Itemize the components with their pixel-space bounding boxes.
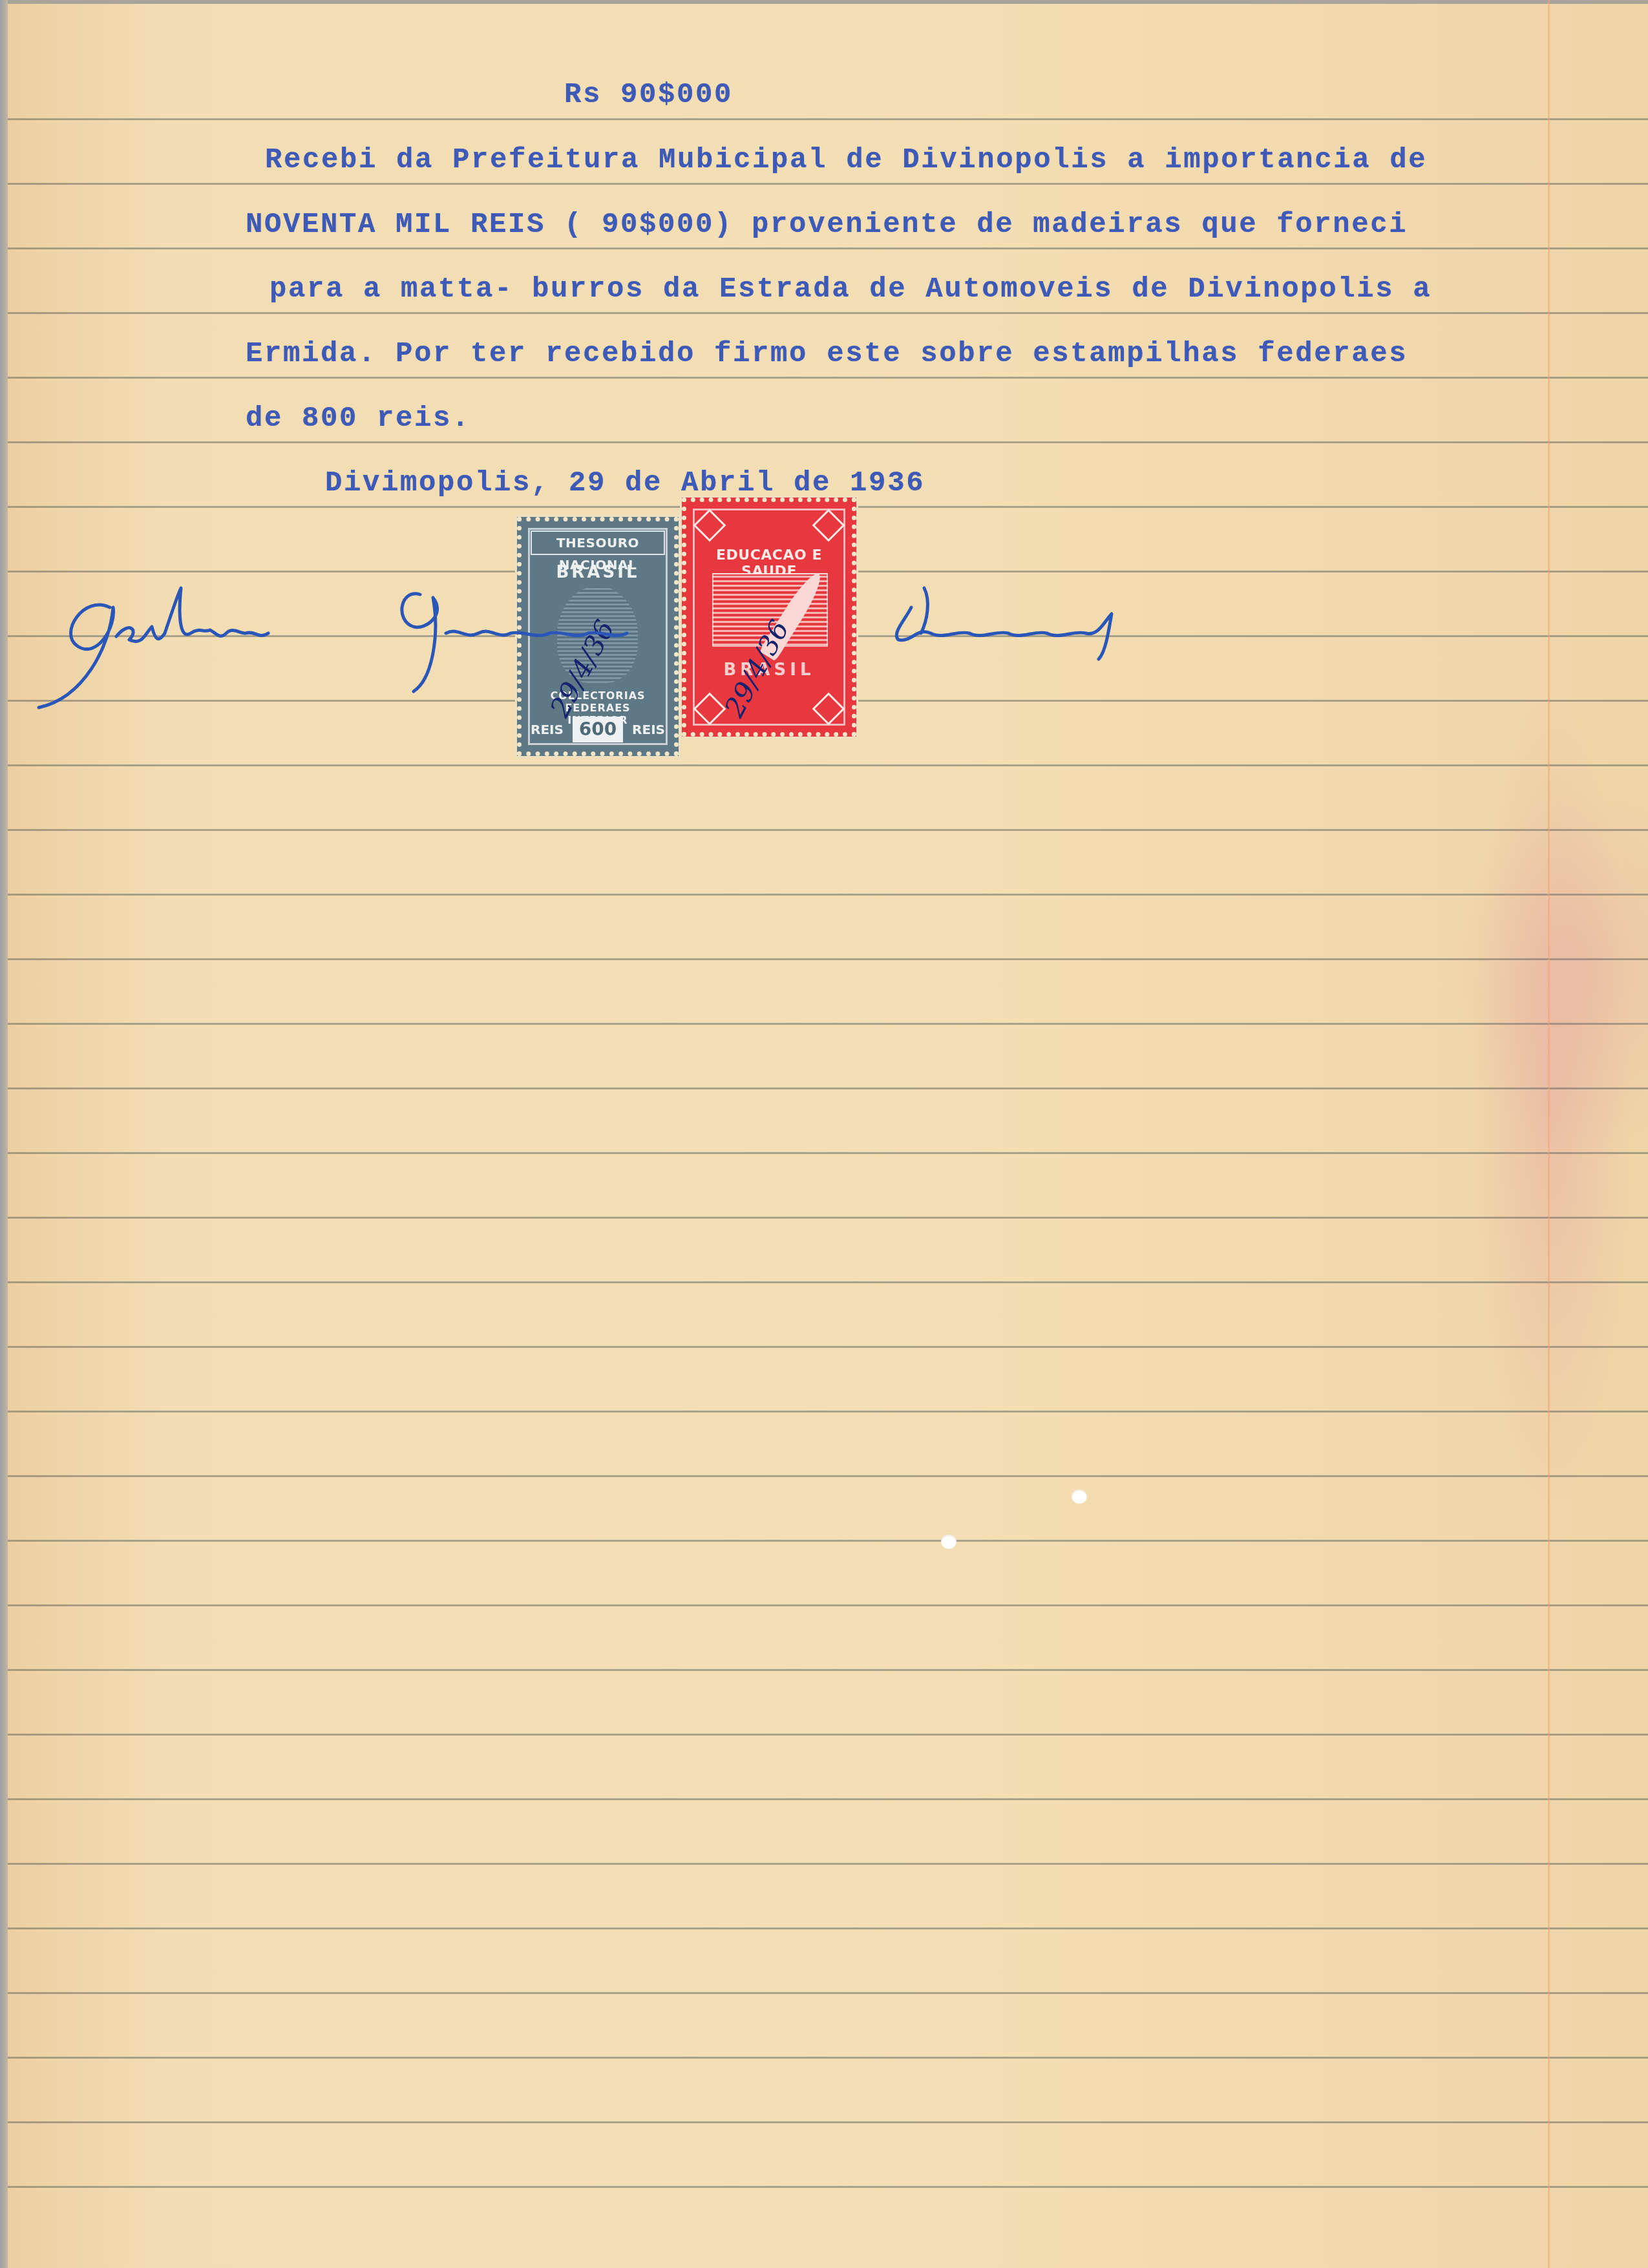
punch-hole [1072,1489,1087,1504]
body-line-2: NOVENTA MIL REIS ( 90$000) proveniente d… [246,209,1408,241]
ruled-line [8,2186,1648,2188]
ruled-line [8,2057,1648,2059]
stamp-issuer: THESOURO NACIONAL [531,530,665,555]
ruled-line [8,1217,1648,1219]
body-line-3: para a matta- burros da Estrada de Autom… [251,273,1431,306]
ruled-line [8,764,1648,766]
ruled-line [8,1411,1648,1412]
stamp-value-row: REIS 600 REIS [531,717,665,742]
ruled-line [8,183,1648,185]
body-line-1: Recebi da Prefeitura Mubicipal de Divino… [265,144,1427,176]
stamp-currency-right: REIS [632,722,665,737]
scan-left-edge [0,0,8,2268]
amount-header: Rs 90$000 [564,79,733,111]
stamp-value: 600 [573,717,623,742]
ruled-line [8,894,1648,896]
ruled-line [8,1669,1648,1671]
ruled-line [8,1540,1648,1542]
right-margin-line [1548,0,1550,2268]
ruled-line [8,1475,1648,1477]
ruled-line [8,829,1648,831]
ruled-line [8,1087,1648,1089]
ruled-line [8,312,1648,314]
punch-hole [941,1535,956,1549]
ruled-line [8,2121,1648,2123]
scan-top-edge [0,0,1648,4]
body-line-4: Ermida. Por ter recebido firmo este sobr… [246,338,1408,370]
ruled-line [8,377,1648,379]
ruled-line [8,958,1648,960]
ruled-line [8,118,1648,120]
ruled-line [8,1927,1648,1929]
body-line-5: de 800 reis. [246,403,470,435]
ruled-line [8,1863,1648,1865]
ruled-line [8,1023,1648,1025]
signature-strokes [32,569,1325,717]
ruled-line [8,1734,1648,1736]
ruled-line [8,1346,1648,1348]
ruled-line [8,247,1648,249]
handwritten-signature: Galdino Guimaraes Andrade [32,569,1325,717]
ruled-line [8,1604,1648,1606]
ruled-line [8,1281,1648,1283]
ruled-line [8,1152,1648,1154]
ruled-line [8,441,1648,443]
ruled-line [8,1798,1648,1800]
place-date: Divimopolis, 29 de Abril de 1936 [325,467,925,499]
ruled-line [8,1992,1648,1994]
stamp-currency-left: REIS [531,722,564,737]
